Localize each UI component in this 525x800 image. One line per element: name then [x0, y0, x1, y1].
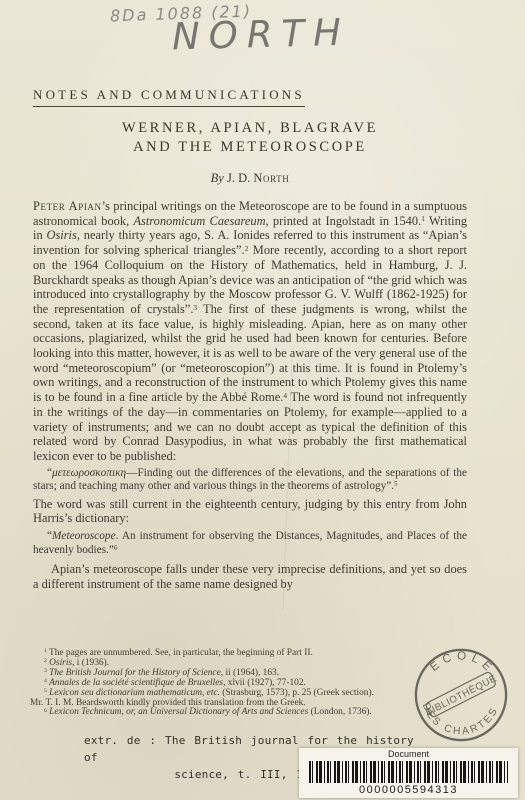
- paragraph-1: Peter Apian’s principal writings on the …: [33, 199, 467, 464]
- blockquote-greek-definition: “μετεωροσκοπικη—Finding out the differen…: [33, 467, 467, 494]
- barcode-number: 0000005594313: [299, 783, 518, 797]
- article-title-line2: AND THE METEOROSCOPE: [33, 138, 467, 157]
- footnotes: 1 The pages are unnumbered. See, in part…: [33, 649, 471, 718]
- library-stamp: ÉCOLE DES CHARTES BIBLIOTHÈQUE: [410, 644, 513, 747]
- barcode-bars-icon: [309, 761, 508, 783]
- handwritten-author-name: NORTH: [171, 11, 350, 59]
- barcode-title: Document: [299, 748, 518, 760]
- scanned-page: 8Da 1088 (21) NORTH NOTES AND COMMUNICAT…: [0, 0, 525, 800]
- section-header: NOTES AND COMMUNICATIONS: [33, 87, 305, 107]
- paragraph-3: Apian’s meteoroscope falls under these v…: [33, 562, 467, 591]
- paragraph-2: The word was still current in the eighte…: [33, 497, 467, 526]
- byline: By J. D. North: [33, 171, 467, 186]
- article-title-line1: WERNER, APIAN, BLAGRAVE: [33, 119, 467, 138]
- footnote-6: 6 Lexicon Technicum, or, an Universal Di…: [44, 708, 471, 718]
- blockquote-harris-definition: “Meteoroscope. An instrument for observi…: [33, 530, 467, 557]
- article-title: WERNER, APIAN, BLAGRAVE AND THE METEOROS…: [33, 119, 467, 157]
- library-stamp-icon: ÉCOLE DES CHARTES BIBLIOTHÈQUE: [410, 644, 513, 747]
- barcode-label: Document 0000005594313: [299, 748, 518, 798]
- article-column: NOTES AND COMMUNICATIONS WERNER, APIAN, …: [33, 86, 467, 591]
